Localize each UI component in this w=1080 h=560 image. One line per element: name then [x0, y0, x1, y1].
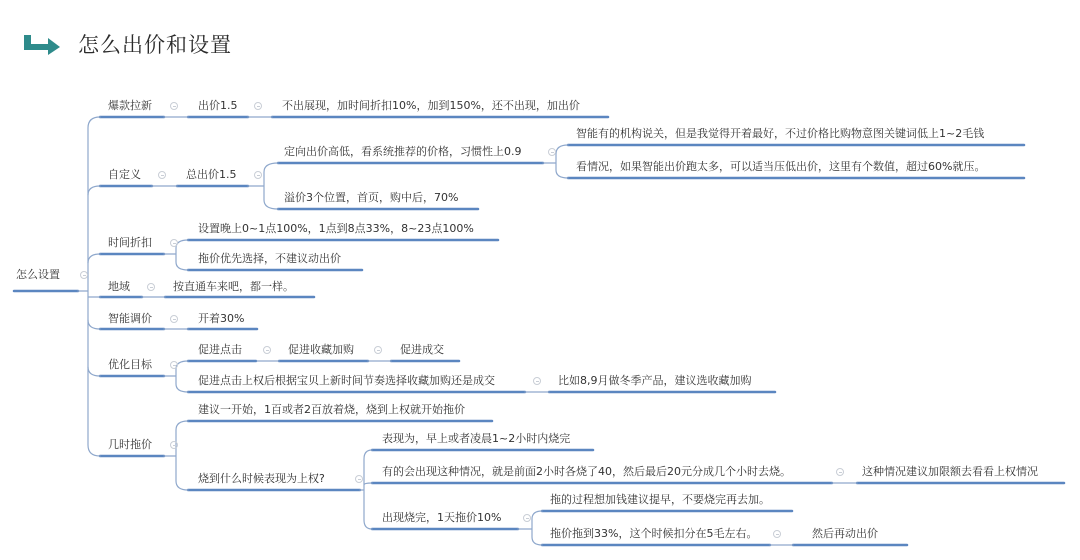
- mindmap-node[interactable]: 总出价1.5: [186, 168, 237, 182]
- branch-node[interactable]: 爆款拉新: [108, 99, 152, 113]
- branch-node[interactable]: 优化目标: [108, 358, 152, 372]
- mindmap-node[interactable]: 设置晚上0~1点100%，1点到8点33%，8~23点100%: [198, 222, 474, 236]
- mindmap-node[interactable]: 定向出价高低，看系统推荐的价格，习惯性上0.9: [284, 145, 522, 159]
- mindmap-node[interactable]: 不出展现，加时间折扣10%，加到150%，还不出现，加出价: [282, 99, 580, 113]
- mindmap-node[interactable]: 看情况，如果智能出价跑太多，可以适当压低出价，这里有个数值，超过60%就压。: [576, 160, 985, 174]
- mindmap-node[interactable]: 出价1.5: [198, 99, 238, 113]
- mindmap-node[interactable]: 表现为，早上或者凌晨1~2小时内烧完: [382, 432, 570, 446]
- collapse-icon[interactable]: [355, 475, 363, 483]
- collapse-icon[interactable]: [158, 171, 166, 179]
- mindmap-node[interactable]: 促进点击: [198, 343, 242, 357]
- collapse-icon[interactable]: [254, 171, 262, 179]
- collapse-icon[interactable]: [170, 239, 178, 247]
- mindmap-node[interactable]: 溢价3个位置，首页，购中后，70%: [284, 191, 458, 205]
- collapse-icon[interactable]: [548, 148, 556, 156]
- branch-node[interactable]: 时间折扣: [108, 236, 152, 250]
- collapse-icon[interactable]: [836, 468, 844, 476]
- branch-node[interactable]: 自定义: [108, 168, 141, 182]
- mindmap-node[interactable]: 烧到什么时候表现为上权?: [198, 472, 325, 486]
- mindmap-node[interactable]: 有的会出现这种情况，就是前面2小时各烧了40，然后最后20元分成几个小时去烧。: [382, 465, 791, 479]
- collapse-icon[interactable]: [523, 514, 531, 522]
- collapse-icon[interactable]: [263, 346, 271, 354]
- branch-node[interactable]: 地域: [108, 280, 130, 294]
- collapse-icon[interactable]: [80, 271, 88, 279]
- collapse-icon[interactable]: [147, 283, 155, 291]
- mindmap-node[interactable]: 比如8,9月做冬季产品，建议选收藏加购: [558, 374, 752, 388]
- collapse-icon[interactable]: [170, 361, 178, 369]
- mindmap-node[interactable]: 促进点击上权后根据宝贝上新时间节奏选择收藏加购还是成交: [198, 374, 495, 388]
- mindmap-node[interactable]: 出现烧完，1天拖价10%: [382, 511, 501, 525]
- mindmap-node[interactable]: 拖价优先选择，不建议动出价: [198, 252, 341, 266]
- collapse-icon[interactable]: [254, 102, 262, 110]
- branch-node[interactable]: 智能调价: [108, 312, 152, 326]
- collapse-icon[interactable]: [533, 377, 541, 385]
- mindmap-node[interactable]: 然后再动出价: [812, 527, 878, 541]
- branch-node[interactable]: 几时拖价: [108, 438, 152, 452]
- collapse-icon[interactable]: [170, 441, 178, 449]
- collapse-icon[interactable]: [773, 530, 781, 538]
- mindmap-root[interactable]: 怎么设置: [16, 268, 60, 282]
- mindmap-node[interactable]: 按直通车来吧，都一样。: [173, 280, 294, 294]
- mindmap-node[interactable]: 智能有的机构说关，但是我觉得开着最好，不过价格比购物意图关键词低上1~2毛钱: [576, 127, 984, 141]
- collapse-icon[interactable]: [170, 102, 178, 110]
- collapse-icon[interactable]: [170, 315, 178, 323]
- mindmap-node[interactable]: 开着30%: [198, 312, 244, 326]
- mindmap-node[interactable]: 促进成交: [400, 343, 444, 357]
- mindmap-node[interactable]: 促进收藏加购: [288, 343, 354, 357]
- mindmap-node[interactable]: 这种情况建议加限额去看看上权情况: [862, 465, 1038, 479]
- collapse-icon[interactable]: [374, 346, 382, 354]
- mindmap-node[interactable]: 建议一开始，1百或者2百放着烧，烧到上权就开始拖价: [198, 403, 465, 417]
- mindmap-node[interactable]: 拖价拖到33%，这个时候扣分在5毛左右。: [550, 527, 757, 541]
- mindmap-node[interactable]: 拖的过程想加钱建议提早，不要烧完再去加。: [550, 493, 770, 507]
